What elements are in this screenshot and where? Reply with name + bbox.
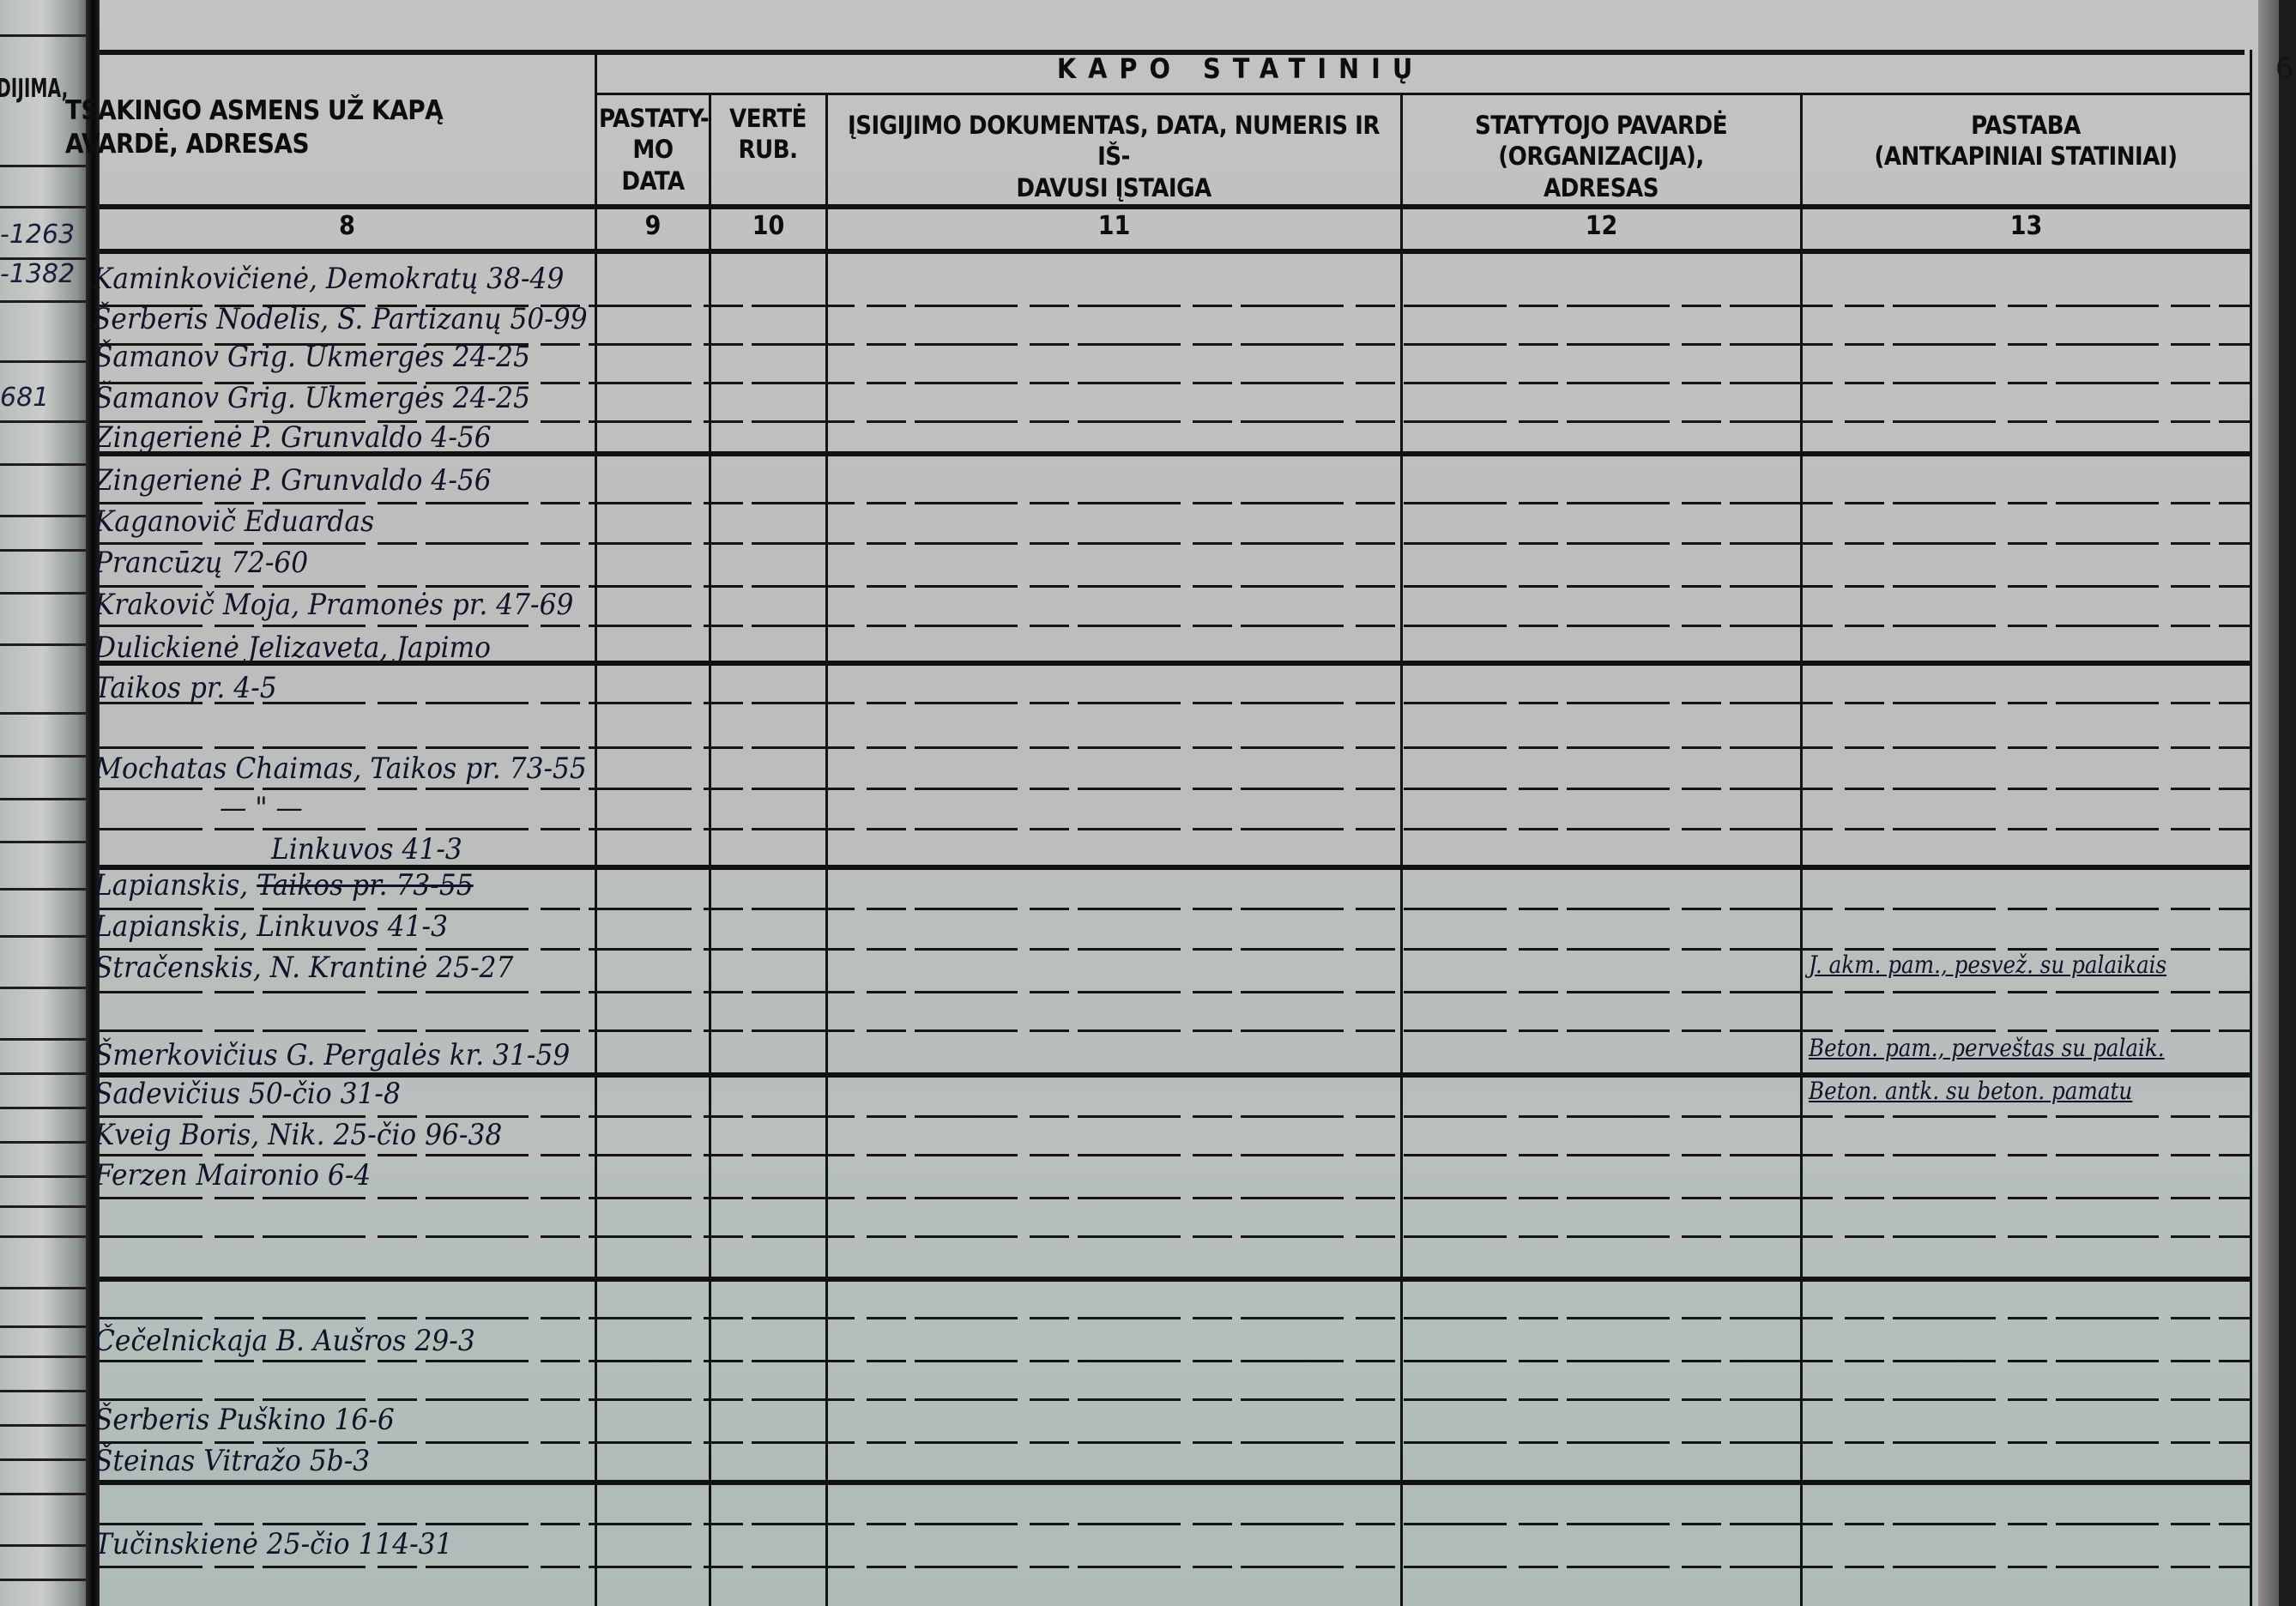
column-number: 12 xyxy=(1403,211,1800,241)
entry-row: Zingerienė P. Grunvaldo 4-56 xyxy=(94,420,492,455)
column-number: 9 xyxy=(597,211,709,241)
entry-row: Mochatas Chaimas, Taikos pr. 73-55 xyxy=(94,752,587,786)
entry-row: Kveig Boris, Nik. 25-čio 96-38 xyxy=(94,1118,502,1152)
previous-page-number: -1382 xyxy=(0,259,75,289)
entry-row: Zingerienė P. Grunvaldo 4-56 xyxy=(94,463,492,498)
column-header-builder: STATYTOJO PAVARDĖ (ORGANIZACIJA), ADRESA… xyxy=(1404,110,1798,203)
page-edge xyxy=(2258,0,2279,1606)
entry-row: — " — xyxy=(220,791,303,825)
entry-row: Kaganovič Eduardas xyxy=(94,504,374,539)
note-row: J. akm. pam., pesvež. su palaikais xyxy=(1809,951,2166,979)
page-number: 6 xyxy=(2275,51,2294,86)
entry-row: Šamanov Grig. Ukmergės 24-25 xyxy=(94,381,530,415)
group-header: KAPO STATINIŲ xyxy=(983,51,1498,86)
column-header-responsible-person: TSAKINGO ASMENS UŽ KAPĄ AVARDĖ, ADRESAS xyxy=(65,94,546,161)
note-row: Beton. antk. su beton. pamatu xyxy=(1809,1077,2132,1105)
note-row: Beton. pam., perveštas su palaik. xyxy=(1809,1034,2165,1062)
entry-row: Lapianskis, Linkuvos 41-3 xyxy=(94,909,448,944)
column-number: 11 xyxy=(828,211,1400,241)
entry-row: Kaminkovičienė, Demokratų 38-49 xyxy=(93,262,564,296)
column-number: 13 xyxy=(1803,211,2250,241)
entry-row: Dulickienė Jelizaveta, Japimo xyxy=(94,631,491,665)
previous-page-strip: DIJIMA, -1263 -1382 681 xyxy=(0,0,96,1606)
entry-row: Prancūzų 72-60 xyxy=(94,546,308,580)
column-header-acquisition-document: ĮSIGIJIMO DOKUMENTAS, DATA, NUMERIS IR I… xyxy=(829,110,1399,203)
entry-row: Šamanov Grig. Ukmergės 24-25 xyxy=(94,340,530,374)
entry-row: Šerberis Nodelis, S. Partizanų 50-99 xyxy=(93,302,588,336)
column-header-notes: PASTABA (ANTKAPINIAI STATINIAI) xyxy=(1804,110,2248,172)
column-number: 10 xyxy=(711,211,825,241)
entry-row: Sadevičius 50-čio 31-8 xyxy=(94,1077,401,1111)
entry-row: Krakovič Moja, Pramonės pr. 47-69 xyxy=(94,588,573,622)
entry-row: Šerberis Puškino 16-6 xyxy=(94,1403,395,1437)
register-page: KAPO STATINIŲ 6 TSAKINGO ASMENS UŽ KAPĄ … xyxy=(100,0,2279,1606)
entry-row: Lapianskis, Taikos pr. 73-55 xyxy=(94,868,474,903)
entry-row: Šteinas Vitražo 5b-3 xyxy=(94,1444,370,1478)
entry-row: Stračenskis, N. Krantinė 25-27 xyxy=(94,951,513,985)
entry-row: Taikos pr. 4-5 xyxy=(94,671,277,705)
entry-row: Ferzen Maironio 6-4 xyxy=(94,1158,371,1192)
column-number: 8 xyxy=(100,211,595,241)
previous-page-number: -1263 xyxy=(0,220,75,250)
entry-row: Linkuvos 41-3 xyxy=(271,832,462,866)
entry-name: Lapianskis, xyxy=(94,868,248,903)
struck-address: Taikos pr. 73-55 xyxy=(257,868,473,903)
column-header-value: VERTĖ RUB. xyxy=(712,103,824,166)
previous-page-header-fragment: DIJIMA, xyxy=(0,74,68,104)
previous-page-number: 681 xyxy=(0,383,49,413)
entry-row: Čečelnickaja B. Aušros 29-3 xyxy=(94,1324,475,1358)
entry-row: Tučinskienė 25-čio 114-31 xyxy=(94,1527,453,1561)
column-header-build-date: PASTATY- MO DATA xyxy=(599,103,707,196)
entry-row: Šmerkovičius G. Pergalės kr. 31-59 xyxy=(94,1038,570,1072)
